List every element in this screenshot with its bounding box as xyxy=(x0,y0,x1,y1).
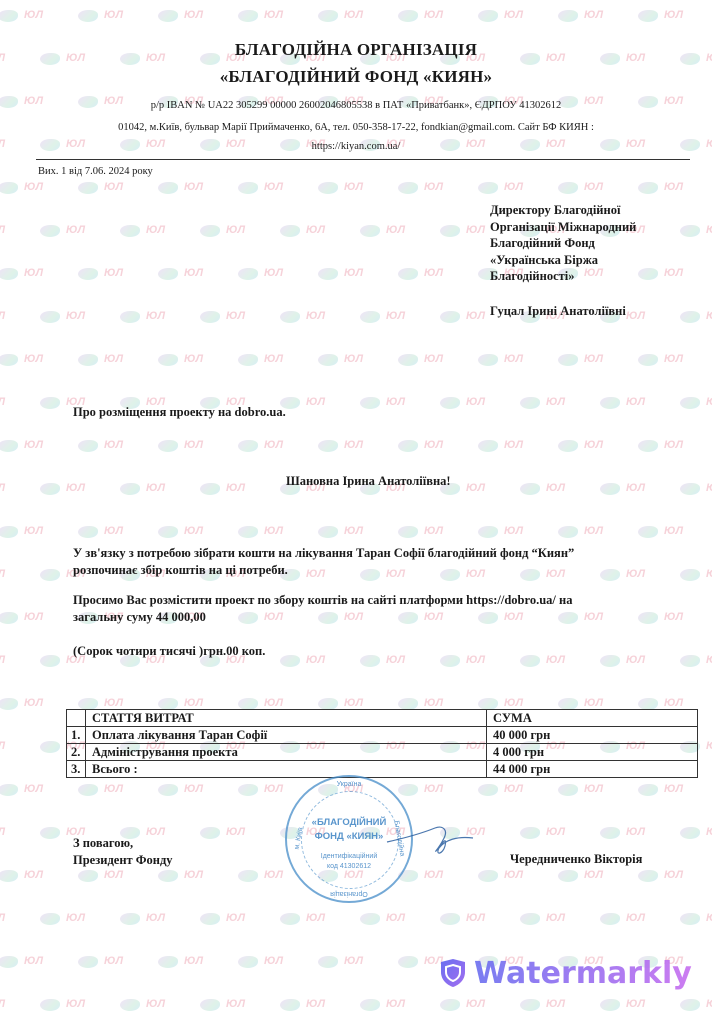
body-line: У зв'язку з потребою зібрати кошти на лі… xyxy=(73,545,703,562)
addressee-line: Благодійності» xyxy=(490,268,636,285)
header-divider xyxy=(36,159,690,160)
letter-page: БЛАГОДІЙНА ОРГАНІЗАЦІЯ «БЛАГОДІЙНИЙ ФОНД… xyxy=(0,0,712,1024)
body-line: загальну суму 44 000,00 xyxy=(73,609,703,626)
addressee-block: Директору Благодійної Організації Міжнар… xyxy=(490,202,636,319)
table-row: 1. Оплата лікування Таран Софії 40 000 г… xyxy=(67,727,698,744)
org-name-heading: «БЛАГОДІЙНИЙ ФОНД «КИЯН» xyxy=(0,67,712,87)
body-paragraph-2: Просимо Вас розмістити проект по збору к… xyxy=(73,592,703,626)
addressee-line: Благодійний Фонд xyxy=(490,235,636,252)
amount-in-words: (Сорок чотири тисячі )грн.00 коп. xyxy=(73,643,703,660)
table-row: 3. Всього : 44 000 грн xyxy=(67,761,698,778)
addressee-name: Гуцал Ірині Анатоліївні xyxy=(490,303,636,320)
row-amount: 40 000 грн xyxy=(487,727,698,744)
header-amount: СУМА xyxy=(487,710,698,727)
address-contacts: 01042, м.Київ, бульвар Марії Приймаченко… xyxy=(0,122,712,133)
closing-position: Президент Фонду xyxy=(73,852,173,869)
shield-icon xyxy=(440,958,466,988)
row-num: 1. xyxy=(67,727,86,744)
row-item: Всього : xyxy=(86,761,487,778)
letter-subject: Про розміщення проекту на dobro.ua. xyxy=(73,405,286,420)
cost-table: СТАТТЯ ВИТРАТ СУМА 1. Оплата лікування Т… xyxy=(66,709,698,778)
outgoing-number: Вих. 1 від 7.06. 2024 року xyxy=(38,166,153,177)
row-num: 2. xyxy=(67,744,86,761)
row-item: Оплата лікування Таран Софії xyxy=(86,727,487,744)
website-link[interactable]: https://kiyan.com.ua/ xyxy=(0,141,712,152)
signatory-name: Чередниченко Вікторія xyxy=(510,852,642,867)
org-type-heading: БЛАГОДІЙНА ОРГАНІЗАЦІЯ xyxy=(0,40,712,60)
addressee-line: «Українська Біржа xyxy=(490,252,636,269)
addressee-line: Організації Міжнародний xyxy=(490,219,636,236)
header-num xyxy=(67,710,86,727)
stamp-bottom-text: Організація xyxy=(287,890,411,897)
row-item: Адміністрування проекта xyxy=(86,744,487,761)
handwritten-signature xyxy=(385,820,475,860)
body-line: Просимо Вас розмістити проект по збору к… xyxy=(73,592,703,609)
watermarkly-brand: Watermarkly xyxy=(440,950,692,996)
row-amount: 44 000 грн xyxy=(487,761,698,778)
table-header-row: СТАТТЯ ВИТРАТ СУМА xyxy=(67,710,698,727)
salutation: Шановна Ірина Анатоліївна! xyxy=(286,474,451,489)
closing-block: З повагою, Президент Фонду xyxy=(73,835,173,869)
body-paragraph-1: У зв'язку з потребою зібрати кошти на лі… xyxy=(73,545,703,579)
row-amount: 4 000 грн xyxy=(487,744,698,761)
table-row: 2. Адміністрування проекта 4 000 грн xyxy=(67,744,698,761)
body-line: розпочинає збір коштів на ці потреби. xyxy=(73,562,703,579)
closing-regards: З повагою, xyxy=(73,835,173,852)
addressee-line: Директору Благодійної xyxy=(490,202,636,219)
stamp-id-code: код 41302612 xyxy=(287,863,411,870)
row-num: 3. xyxy=(67,761,86,778)
header-item: СТАТТЯ ВИТРАТ xyxy=(86,710,487,727)
watermarkly-text: Watermarkly xyxy=(474,956,692,991)
bank-details: р/р IBAN № UA22 305299 00000 26002046805… xyxy=(0,100,712,111)
